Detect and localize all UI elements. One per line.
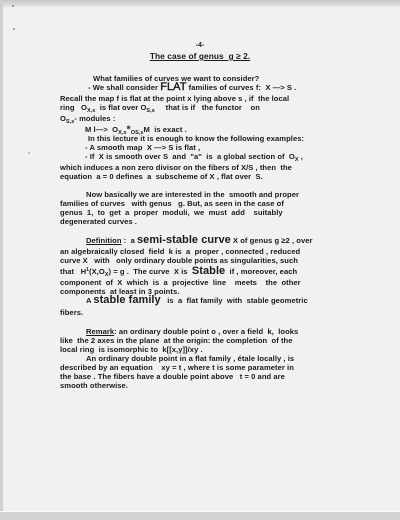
text: ) = g . The curve X is <box>109 267 192 276</box>
remark-line-7: smooth otherwise. <box>60 381 400 390</box>
document-page: -4- The case of genus g ≥ 2. What famili… <box>0 0 400 520</box>
now-line-4: degenerated curves . <box>60 217 400 226</box>
question-line: What families of curves we want to consi… <box>93 74 400 83</box>
text: that is if the functor on <box>155 103 260 112</box>
text: - If X is smooth over S and "a" is a glo… <box>85 152 295 161</box>
text: X of genus g ≥2 , over <box>231 236 313 245</box>
semi-stable-emphasis: semi-stable curve <box>137 234 231 246</box>
definition-line-2: an algebraically closed field k is a pro… <box>60 247 400 256</box>
remark-line-3: local ring is isomorphic to k[[x,y]]/xy … <box>60 345 400 354</box>
text: : a <box>122 236 138 245</box>
definition-line-5: component of X which is a projective lin… <box>60 278 400 287</box>
definition-label: Definition <box>86 236 122 245</box>
text: families of curves f: X —> S . <box>186 83 296 92</box>
text: - modules : <box>74 114 115 123</box>
remark-line-2: like the 2 axes in the plane at the orig… <box>60 336 400 345</box>
scan-bottom-edge <box>0 511 400 520</box>
flat-emphasis: FLAT <box>160 81 186 93</box>
text: that H <box>60 267 86 276</box>
stable-family-emphasis: stable family <box>93 294 160 306</box>
page-title: The case of genus g ≥ 2. <box>0 52 400 61</box>
text: ring O <box>60 103 87 112</box>
remark-line-1: Remark: an ordinary double point o , ove… <box>86 327 400 336</box>
remark-label: Remark <box>86 327 114 336</box>
now-line-2: families of curves with genus g. But, as… <box>60 199 400 208</box>
text: M l—> O <box>85 125 118 134</box>
stable-emphasis: Stable <box>192 265 225 277</box>
definition-line-3: curve X with only ordinary double points… <box>60 256 400 265</box>
title-text: The case of genus g ≥ 2. <box>150 51 250 61</box>
examples-line-4: which induces a non zero divisor on the … <box>60 163 400 172</box>
examples-line-1: In this lecture it is enough to know the… <box>88 134 400 143</box>
text: : an ordinary double point o , over a fi… <box>114 327 298 336</box>
now-line-1: Now basically we are interested in the s… <box>86 190 400 199</box>
remark-line-4: An ordinary double point in a flat famil… <box>86 354 400 363</box>
examples-line-2: - A smooth map X —> S is flat , <box>85 143 400 152</box>
text: is flat over O <box>95 103 146 112</box>
text: (X,O <box>89 267 105 276</box>
text: , <box>299 152 303 161</box>
examples-line-5: equation a = 0 defines a subscheme of X … <box>60 172 400 181</box>
text: - We shall consider <box>88 83 160 92</box>
flat-line-2: Recall the map f is flat at the point x … <box>60 94 400 103</box>
text: if , moreover, each <box>225 267 297 276</box>
remark-line-6: the base . The fibers have a double poin… <box>60 372 400 381</box>
now-line-3: genus 1, to get a proper moduli, we must… <box>60 208 400 217</box>
stable-family-line-2: fibers. <box>60 308 400 317</box>
remark-line-5: described by an equation xy = t , where … <box>60 363 400 372</box>
page-number: -4- <box>0 41 400 50</box>
definition-line-1: Definition : a semi-stable curve X of ge… <box>86 236 400 245</box>
flat-line-1: - We shall consider FLAT families of cur… <box>88 83 400 92</box>
stable-family-line-1: A stable family is a flat family with st… <box>86 296 400 305</box>
text: M is exact . <box>144 125 187 134</box>
text: is a flat family with stable geometric <box>161 296 308 305</box>
